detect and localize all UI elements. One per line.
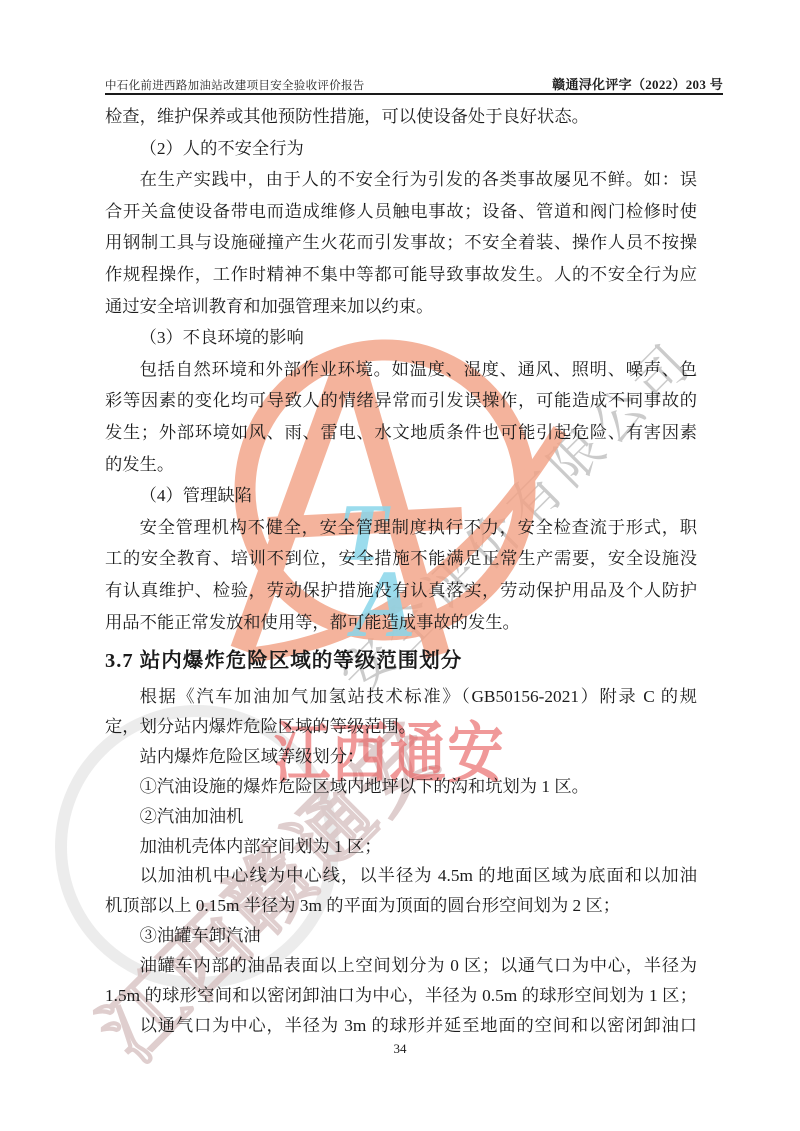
text-line: 有认真维护、检验，劳动保护措施没有认真落实，劳动保护用品及个人防护 xyxy=(105,575,697,607)
text-line: 加油机壳体内部空间划为 1 区； xyxy=(105,832,697,862)
page-content: 中石化前进西路加油站改建项目安全验收评价报告 赣通浔化评字（2022）203 号… xyxy=(0,0,800,1131)
text-line: 在生产实践中，由于人的不安全行为引发的各类事故屡见不鲜。如：误 xyxy=(105,164,697,196)
page-header: 中石化前进西路加油站改建项目安全验收评价报告 赣通浔化评字（2022）203 号 xyxy=(105,68,723,95)
section-heading: 3.7 站内爆炸危险区域的等级范围划分 xyxy=(105,641,697,681)
text-line: 通过安全培训教育和加强管理来加以约束。 xyxy=(105,291,697,323)
text-line: 彩等因素的变化均可导致人的情绪异常而引发误操作，可能造成不同事故的 xyxy=(105,385,697,417)
text-line: 根据《汽车加油加气加氢站技术标准》（GB50156-2021）附录 C 的规 xyxy=(105,682,697,712)
text-line: 以加油机中心线为中心线，以半径为 4.5m 的地面区域为底面和以加油 xyxy=(105,861,697,891)
text-line: ②汽油加油机 xyxy=(105,802,697,832)
text-line: 定，划分站内爆炸危险区域的等级范围。 xyxy=(105,712,697,742)
document-page: 江西赣通安 安全评价有限公司 T A 江西通安 中石化前进西路加油站改建项目安全… xyxy=(0,0,800,1131)
text-line: 用品不能正常发放和使用等，都可能造成事故的发生。 xyxy=(105,607,697,639)
text-line: 包括自然环境和外部作业环境。如温度、湿度、通风、照明、噪声、色 xyxy=(105,354,697,386)
text-line: 的发生。 xyxy=(105,449,697,481)
text-line: （3）不良环境的影响 xyxy=(105,322,697,354)
text-line: 作规程操作，工作时精神不集中等都可能导致事故发生。人的不安全行为应 xyxy=(105,259,697,291)
text-line: 发生；外部环境如风、雨、雷电、水文地质条件也可能引起危险、有害因素 xyxy=(105,417,697,449)
header-report-title: 中石化前进西路加油站改建项目安全验收评价报告 xyxy=(105,77,365,93)
page-number: 34 xyxy=(0,1041,800,1057)
text-line: ①汽油设施的爆炸危险区域内地坪以下的沟和坑划为 1 区。 xyxy=(105,772,697,802)
text-line: 检查，维护保养或其他预防性措施，可以使设备处于良好状态。 xyxy=(105,101,697,133)
text-line: 合开关盒使设备带电而造成维修人员触电事故；设备、管道和阀门检修时使 xyxy=(105,196,697,228)
text-line: 机顶部以上 0.15m 半径为 3m 的平面为顶面的圆台形空间划为 2 区； xyxy=(105,891,697,921)
text-line: （4）管理缺陷 xyxy=(105,480,697,512)
body-section-2: 根据《汽车加油加气加氢站技术标准》（GB50156-2021）附录 C 的规定，… xyxy=(105,682,697,1041)
text-line: 以通气口为中心，半径为 3m 的球形并延至地面的空间和以密闭卸油口 xyxy=(105,1011,697,1041)
text-line: （2）人的不安全行为 xyxy=(105,133,697,165)
text-line: 1.5m 的球形空间和以密闭卸油口为中心，半径为 0.5m 的球形空间划为 1 … xyxy=(105,981,697,1011)
text-line: 油罐车内部的油品表面以上空间划分为 0 区；以通气口为中心，半径为 xyxy=(105,951,697,981)
body-text: 检查，维护保养或其他预防性措施，可以使设备处于良好状态。（2）人的不安全行为在生… xyxy=(105,101,697,1041)
body-section-1: 检查，维护保养或其他预防性措施，可以使设备处于良好状态。（2）人的不安全行为在生… xyxy=(105,101,697,638)
text-line: 工的安全教育、培训不到位，安全措施不能满足正常生产需要，安全设施没 xyxy=(105,543,697,575)
text-line: 安全管理机构不健全，安全管理制度执行不力，安全检查流于形式，职 xyxy=(105,512,697,544)
header-document-number: 赣通浔化评字（2022）203 号 xyxy=(552,74,723,93)
text-line: 站内爆炸危险区域等级划分： xyxy=(105,742,697,772)
text-line: ③油罐车卸汽油 xyxy=(105,921,697,951)
text-line: 用钢制工具与设施碰撞产生火花而引发事故；不安全着装、操作人员不按操 xyxy=(105,227,697,259)
